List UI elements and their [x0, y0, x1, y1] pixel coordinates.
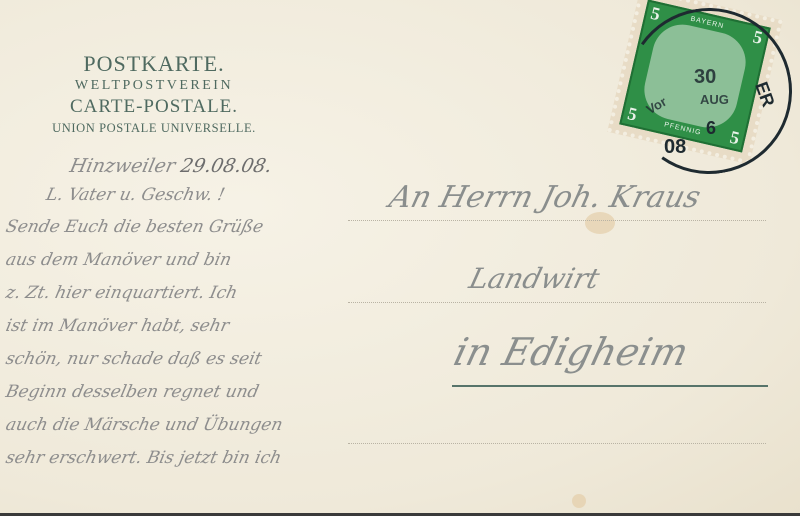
printed-header: POSTKARTE. WELTPOSTVEREIN CARTE-POSTALE.… — [38, 52, 270, 138]
message-line: z. Zt. hier einquartiert. Ich — [2, 277, 369, 310]
header-weltpostverein: WELTPOSTVEREIN — [38, 76, 270, 96]
address-dotted-line — [348, 220, 766, 221]
message-line: schön, nur schade daß es seit — [2, 343, 369, 376]
paper-stain — [585, 212, 615, 234]
message-date: 29.08.08. — [179, 155, 274, 177]
address-occupation: Landwirt — [466, 262, 603, 295]
message-line: Sende Euch die besten Grüße — [2, 211, 369, 244]
message-heading: Hinzweiler 29.08.08. — [2, 150, 369, 183]
handwritten-message: Hinzweiler 29.08.08. L. Vater u. Geschw.… — [6, 150, 366, 475]
message-salutation: L. Vater u. Geschw. ! — [3, 183, 369, 211]
paper-stain — [572, 494, 586, 508]
header-union-postale: UNION POSTALE UNIVERSELLE. — [38, 118, 270, 138]
postmark-year: 08 — [664, 136, 686, 159]
message-line: ist im Manöver habt, sehr — [2, 310, 369, 343]
header-title: POSTKARTE. — [38, 52, 270, 76]
address-dotted-line — [348, 302, 766, 303]
header-carte-postale: CARTE-POSTALE. — [38, 96, 270, 118]
address-solid-line — [452, 385, 768, 387]
postmark-hour: 6 — [706, 118, 716, 139]
postmark-day: 30 — [694, 66, 716, 89]
postcard-back: POSTKARTE. WELTPOSTVEREIN CARTE-POSTALE.… — [0, 0, 800, 516]
message-line: Beginn desselben regnet und — [2, 376, 369, 409]
address-town: in Edigheim — [450, 330, 693, 374]
address-recipient: An Herrn Joh. Kraus — [386, 180, 705, 215]
message-line: sehr erschwert. Bis jetzt bin ich — [2, 442, 369, 475]
address-dotted-line — [348, 443, 766, 444]
message-line: auch die Märsche und Übungen — [2, 409, 369, 442]
message-line: aus dem Manöver und bin — [2, 244, 369, 277]
postmark-month: AUG — [700, 92, 729, 107]
message-place: Hinzweiler — [68, 155, 178, 177]
